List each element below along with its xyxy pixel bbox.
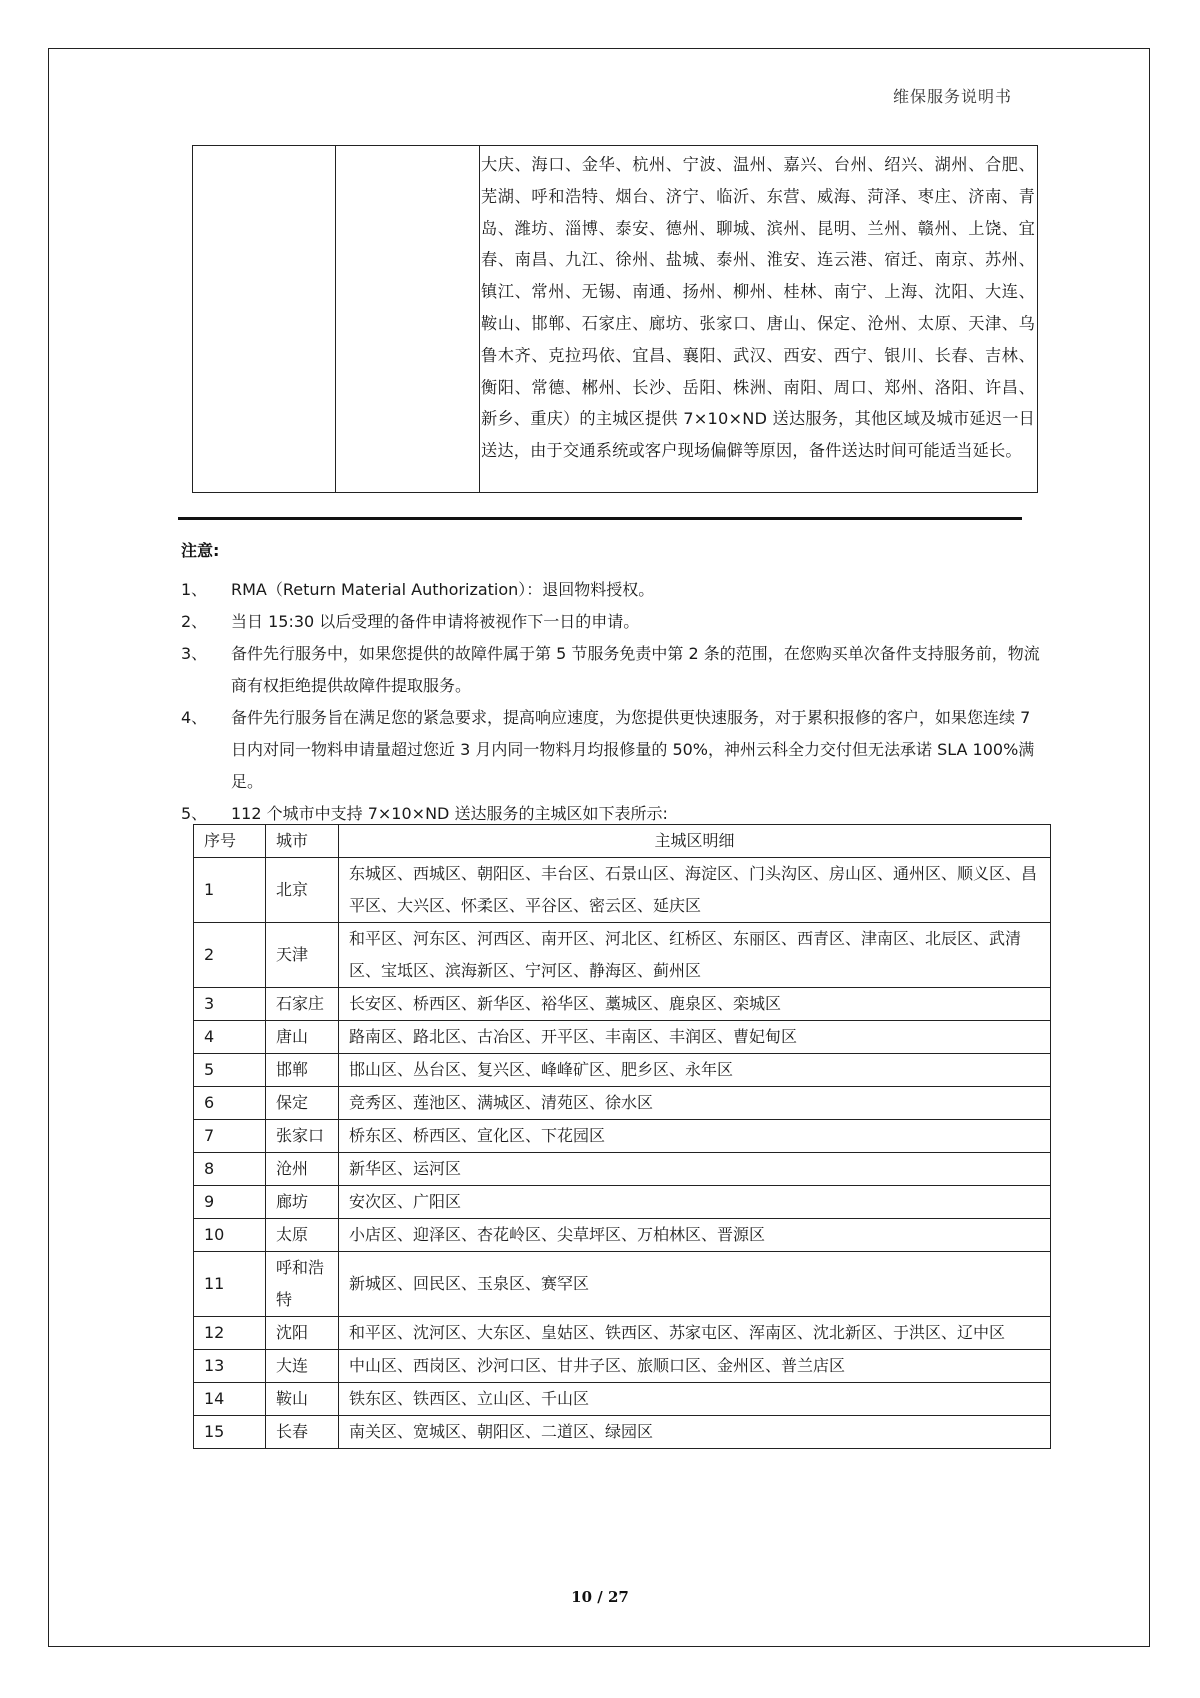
cell-city: 保定 — [266, 1087, 339, 1120]
cell-city: 沈阳 — [266, 1317, 339, 1350]
page-number: 10 / 27 — [0, 1588, 1200, 1606]
table-row: 13 大连 中山区、西岗区、沙河口区、甘井子区、旅顺口区、金州区、普兰店区 — [194, 1350, 1051, 1383]
cell-districts: 小店区、迎泽区、杏花岭区、尖草坪区、万柏林区、晋源区 — [339, 1219, 1051, 1252]
cell-index: 6 — [194, 1087, 266, 1120]
cell-districts: 东城区、西城区、朝阳区、丰台区、石景山区、海淀区、门头沟区、房山区、通州区、顺义… — [339, 858, 1051, 923]
cell-districts: 新华区、运河区 — [339, 1153, 1051, 1186]
table-row: 8 沧州 新华区、运河区 — [194, 1153, 1051, 1186]
note-text: 备件先行服务中，如果您提供的故障件属于第 5 节服务免责中第 2 条的范围，在您… — [231, 638, 1041, 702]
table-row: 11 呼和浩特 新城区、回民区、玉泉区、赛罕区 — [194, 1252, 1051, 1317]
cell-city: 沧州 — [266, 1153, 339, 1186]
table-row: 15 长春 南关区、宽城区、朝阳区、二道区、绿园区 — [194, 1416, 1051, 1449]
cell-city: 长春 — [266, 1416, 339, 1449]
note-text: RMA（Return Material Authorization）：退回物料授… — [231, 574, 1041, 606]
cell-districts: 铁东区、铁西区、立山区、千山区 — [339, 1383, 1051, 1416]
cell-districts: 路南区、路北区、古冶区、开平区、丰南区、丰润区、曹妃甸区 — [339, 1021, 1051, 1054]
note-item: 2、 当日 15:30 以后受理的备件申请将被视作下一日的申请。 — [181, 606, 1041, 638]
table-row: 12 沈阳 和平区、沈河区、大东区、皇姑区、铁西区、苏家屯区、浑南区、沈北新区、… — [194, 1317, 1051, 1350]
cell-districts: 长安区、桥西区、新华区、裕华区、藁城区、鹿泉区、栾城区 — [339, 988, 1051, 1021]
continuation-table-col-1 — [193, 146, 336, 492]
table-row: 3 石家庄 长安区、桥西区、新华区、裕华区、藁城区、鹿泉区、栾城区 — [194, 988, 1051, 1021]
cell-city: 北京 — [266, 858, 339, 923]
cell-city: 天津 — [266, 923, 339, 988]
cell-index: 8 — [194, 1153, 266, 1186]
cell-index: 1 — [194, 858, 266, 923]
cell-index: 4 — [194, 1021, 266, 1054]
district-table: 序号 城市 主城区明细 1 北京 东城区、西城区、朝阳区、丰台区、石景山区、海淀… — [193, 824, 1051, 1449]
note-number: 2、 — [181, 606, 231, 638]
table-row: 2 天津 和平区、河东区、河西区、南开区、河北区、红桥区、东丽区、西青区、津南区… — [194, 923, 1051, 988]
continuation-table-city-list: 大庆、海口、金华、杭州、宁波、温州、嘉兴、台州、绍兴、湖州、合肥、芜湖、呼和浩特… — [480, 146, 1037, 492]
cell-districts: 桥东区、桥西区、宣化区、下花园区 — [339, 1120, 1051, 1153]
note-text: 备件先行服务旨在满足您的紧急要求，提高响应速度，为您提供更快速服务，对于累积报修… — [231, 702, 1041, 798]
section-divider — [178, 517, 1022, 520]
note-number: 4、 — [181, 702, 231, 798]
header-city: 城市 — [266, 825, 339, 858]
cell-city: 石家庄 — [266, 988, 339, 1021]
cell-city: 大连 — [266, 1350, 339, 1383]
cell-districts: 安次区、广阳区 — [339, 1186, 1051, 1219]
cell-city: 鞍山 — [266, 1383, 339, 1416]
header-districts: 主城区明细 — [339, 825, 1051, 858]
note-number: 3、 — [181, 638, 231, 702]
table-row: 10 太原 小店区、迎泽区、杏花岭区、尖草坪区、万柏林区、晋源区 — [194, 1219, 1051, 1252]
cell-city: 唐山 — [266, 1021, 339, 1054]
cell-districts: 南关区、宽城区、朝阳区、二道区、绿园区 — [339, 1416, 1051, 1449]
note-item: 3、 备件先行服务中，如果您提供的故障件属于第 5 节服务免责中第 2 条的范围… — [181, 638, 1041, 702]
cell-index: 2 — [194, 923, 266, 988]
cell-city: 廊坊 — [266, 1186, 339, 1219]
table-row: 14 鞍山 铁东区、铁西区、立山区、千山区 — [194, 1383, 1051, 1416]
cell-districts: 中山区、西岗区、沙河口区、甘井子区、旅顺口区、金州区、普兰店区 — [339, 1350, 1051, 1383]
table-row: 9 廊坊 安次区、广阳区 — [194, 1186, 1051, 1219]
cell-districts: 和平区、沈河区、大东区、皇姑区、铁西区、苏家屯区、浑南区、沈北新区、于洪区、辽中… — [339, 1317, 1051, 1350]
cell-districts: 新城区、回民区、玉泉区、赛罕区 — [339, 1252, 1051, 1317]
cell-index: 9 — [194, 1186, 266, 1219]
cell-city: 呼和浩特 — [266, 1252, 339, 1317]
continuation-table-col-2 — [336, 146, 480, 492]
cell-index: 13 — [194, 1350, 266, 1383]
table-header-row: 序号 城市 主城区明细 — [194, 825, 1051, 858]
table-row: 6 保定 竞秀区、莲池区、满城区、清苑区、徐水区 — [194, 1087, 1051, 1120]
table-row: 7 张家口 桥东区、桥西区、宣化区、下花园区 — [194, 1120, 1051, 1153]
continuation-table: 大庆、海口、金华、杭州、宁波、温州、嘉兴、台州、绍兴、湖州、合肥、芜湖、呼和浩特… — [192, 145, 1038, 493]
table-row: 4 唐山 路南区、路北区、古冶区、开平区、丰南区、丰润区、曹妃甸区 — [194, 1021, 1051, 1054]
cell-city: 邯郸 — [266, 1054, 339, 1087]
cell-index: 15 — [194, 1416, 266, 1449]
table-row: 5 邯郸 邯山区、丛台区、复兴区、峰峰矿区、肥乡区、永年区 — [194, 1054, 1051, 1087]
cell-districts: 竞秀区、莲池区、满城区、清苑区、徐水区 — [339, 1087, 1051, 1120]
cell-index: 3 — [194, 988, 266, 1021]
header-index: 序号 — [194, 825, 266, 858]
document-header-title: 维保服务说明书 — [893, 84, 1012, 107]
cell-index: 7 — [194, 1120, 266, 1153]
cell-index: 11 — [194, 1252, 266, 1317]
cell-index: 10 — [194, 1219, 266, 1252]
table-row: 1 北京 东城区、西城区、朝阳区、丰台区、石景山区、海淀区、门头沟区、房山区、通… — [194, 858, 1051, 923]
cell-city: 张家口 — [266, 1120, 339, 1153]
cell-districts: 和平区、河东区、河西区、南开区、河北区、红桥区、东丽区、西青区、津南区、北辰区、… — [339, 923, 1051, 988]
note-text: 当日 15:30 以后受理的备件申请将被视作下一日的申请。 — [231, 606, 1041, 638]
cell-index: 5 — [194, 1054, 266, 1087]
cell-index: 12 — [194, 1317, 266, 1350]
cell-index: 14 — [194, 1383, 266, 1416]
note-item: 4、 备件先行服务旨在满足您的紧急要求，提高响应速度，为您提供更快速服务，对于累… — [181, 702, 1041, 798]
note-item: 1、 RMA（Return Material Authorization）：退回… — [181, 574, 1041, 606]
cell-districts: 邯山区、丛台区、复兴区、峰峰矿区、肥乡区、永年区 — [339, 1054, 1051, 1087]
notes-title: 注意: — [181, 538, 219, 561]
notes-list: 1、 RMA（Return Material Authorization）：退回… — [181, 574, 1041, 830]
note-number: 1、 — [181, 574, 231, 606]
cell-city: 太原 — [266, 1219, 339, 1252]
